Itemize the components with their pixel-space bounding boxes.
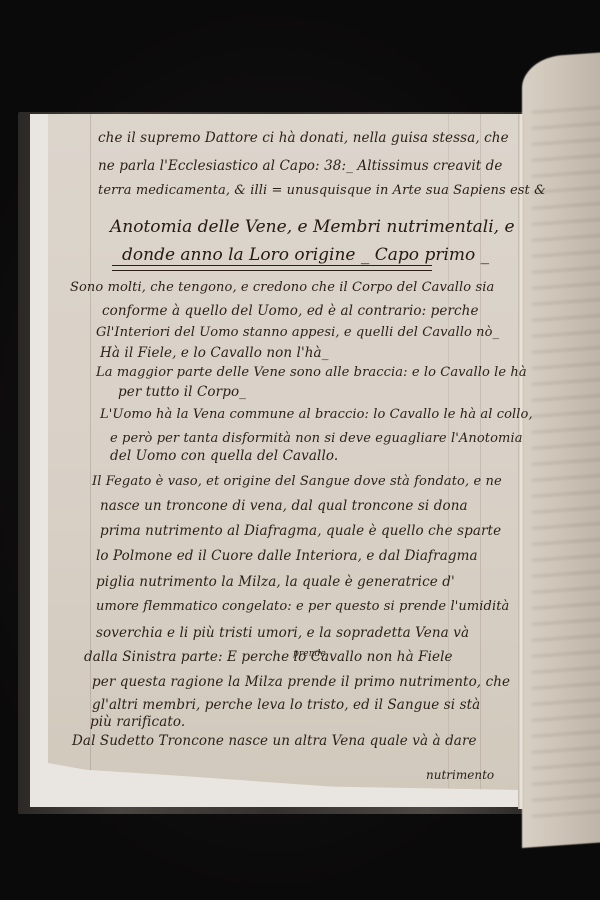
text-line-top-2: ne parla l'Ecclesiastico al Capo: 38:_ A… (98, 160, 503, 174)
body-line-12: prima nutrimento al Diafragma, quale è q… (100, 525, 501, 539)
margin-ruling-left (90, 114, 91, 790)
interlinear-insertion: prende (293, 650, 326, 659)
body-line-10: Il Fegato è vaso, et origine del Sangue … (92, 475, 502, 488)
body-line-9: del Uomo con quella del Cavallo. (110, 450, 338, 464)
body-line-13: lo Polmone ed il Cuore dalle Interiora, … (96, 550, 478, 564)
body-line-15: umore flemmatico congelato: e per questo… (96, 600, 509, 613)
body-line-4: Hà il Fiele, e lo Cavallo non l'hà_ (100, 347, 329, 361)
body-line-14: piglia nutrimento la Milza, la quale è g… (96, 576, 455, 590)
body-line-21: Dal Sudetto Troncone nasce un altra Vena… (72, 735, 477, 749)
body-line-16: soverchia e li più tristi umori, e la so… (96, 627, 469, 641)
facing-page-blurred (522, 52, 600, 848)
body-line-1: Sono molti, che tengono, e credono che i… (70, 281, 494, 294)
title-double-rule (112, 265, 432, 271)
chapter-title-line-1: Anotomia delle Vene, e Membri nutrimenta… (110, 219, 515, 236)
body-line-11: nasce un troncone di vena, dal qual tron… (100, 500, 468, 514)
page-gutter (518, 114, 524, 809)
body-line-18: per questa ragione la Milza prende il pr… (92, 676, 510, 690)
catchword: nutrimento (426, 768, 494, 782)
body-line-5: La maggior parte delle Vene sono alle br… (96, 366, 527, 379)
body-line-3: Gl'Interiori del Uomo stanno appesi, e q… (96, 326, 499, 339)
text-line-top-3: terra medicamenta, & illi = unusquisque … (98, 184, 546, 197)
text-line-top-1: che il supremo Dattore ci hà donati, nel… (98, 132, 509, 146)
body-line-6: per tutto il Corpo_ (118, 386, 246, 400)
body-line-20: più rarificato. (90, 716, 185, 730)
body-line-8: e però per tanta disformità non si deve … (110, 432, 523, 445)
body-line-7: L'Uomo hà la Vena commune al braccio: lo… (100, 408, 533, 421)
chapter-title-line-2: donde anno la Loro origine _ Capo primo … (122, 247, 489, 264)
body-line-2: conforme à quello del Uomo, ed è al cont… (102, 305, 479, 319)
body-line-19: gl'altri membri, perche leva lo tristo, … (92, 699, 480, 713)
facing-page-text-blur (532, 92, 600, 817)
body-line-17: dalla Sinistra parte: E perche lo Cavall… (84, 651, 453, 665)
